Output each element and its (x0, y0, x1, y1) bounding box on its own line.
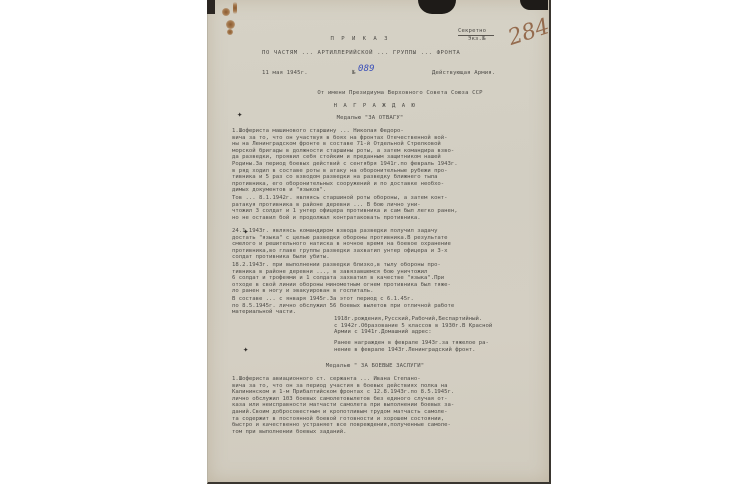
rust-stain (226, 20, 235, 29)
rust-stain (222, 8, 230, 16)
margin-mark: ✦ (243, 345, 248, 355)
prior-awards-note: Ранее награжден в феврале 1943г.за тяжел… (334, 340, 534, 353)
preamble: От имени Президиума Верховного Совета Со… (280, 90, 520, 97)
award-paragraph: 1.Шофериста машинового старшину ... Нико… (232, 128, 532, 194)
margin-mark: ✦ (237, 110, 242, 120)
award-paragraph: Тов ... 8.1.1942г. являясь старшиной рот… (232, 195, 532, 221)
award-paragraph: 24.1.1943г. являясь командиром взвода ра… (232, 228, 532, 261)
classification-label: Секретно (458, 28, 486, 35)
page-corner-shadow-right (520, 0, 548, 10)
award-heading: Н А Г Р А Ж Д А Ю (320, 103, 430, 110)
order-date: 11 мая 1945г. (262, 70, 308, 77)
award-paragraph: 18.2.1943г. при выполнении разведки близ… (232, 262, 532, 295)
rust-stain (227, 29, 233, 35)
order-location: Действующая Армия. (432, 70, 495, 77)
copy-number: Экз.№ (468, 36, 486, 43)
biographical-info: 1918г.рождения,Русский,Рабочий,Беспартий… (334, 316, 534, 336)
rust-stain (233, 2, 237, 14)
medal-heading-2: Медалью " ЗА БОЕВЫЕ ЗАСЛУГИ" (300, 363, 450, 370)
document-subtitle: ПО ЧАСТЯМ ... АРТИЛЛЕРИЙСКОЙ ... ГРУППЫ … (262, 50, 460, 57)
page-corner-shadow (207, 0, 215, 14)
award-paragraph: 1.Шофериста авиационного ст. сержанта ..… (232, 376, 532, 435)
medal-heading-1: Медалью "ЗА ОТВАГУ" (310, 115, 430, 122)
document-title: П Р И К А З (300, 36, 420, 43)
award-paragraph: В составе ... с января 1945г.За этот пер… (232, 296, 532, 316)
order-number-prefix: № (352, 70, 356, 77)
order-number: 089 (358, 66, 375, 73)
